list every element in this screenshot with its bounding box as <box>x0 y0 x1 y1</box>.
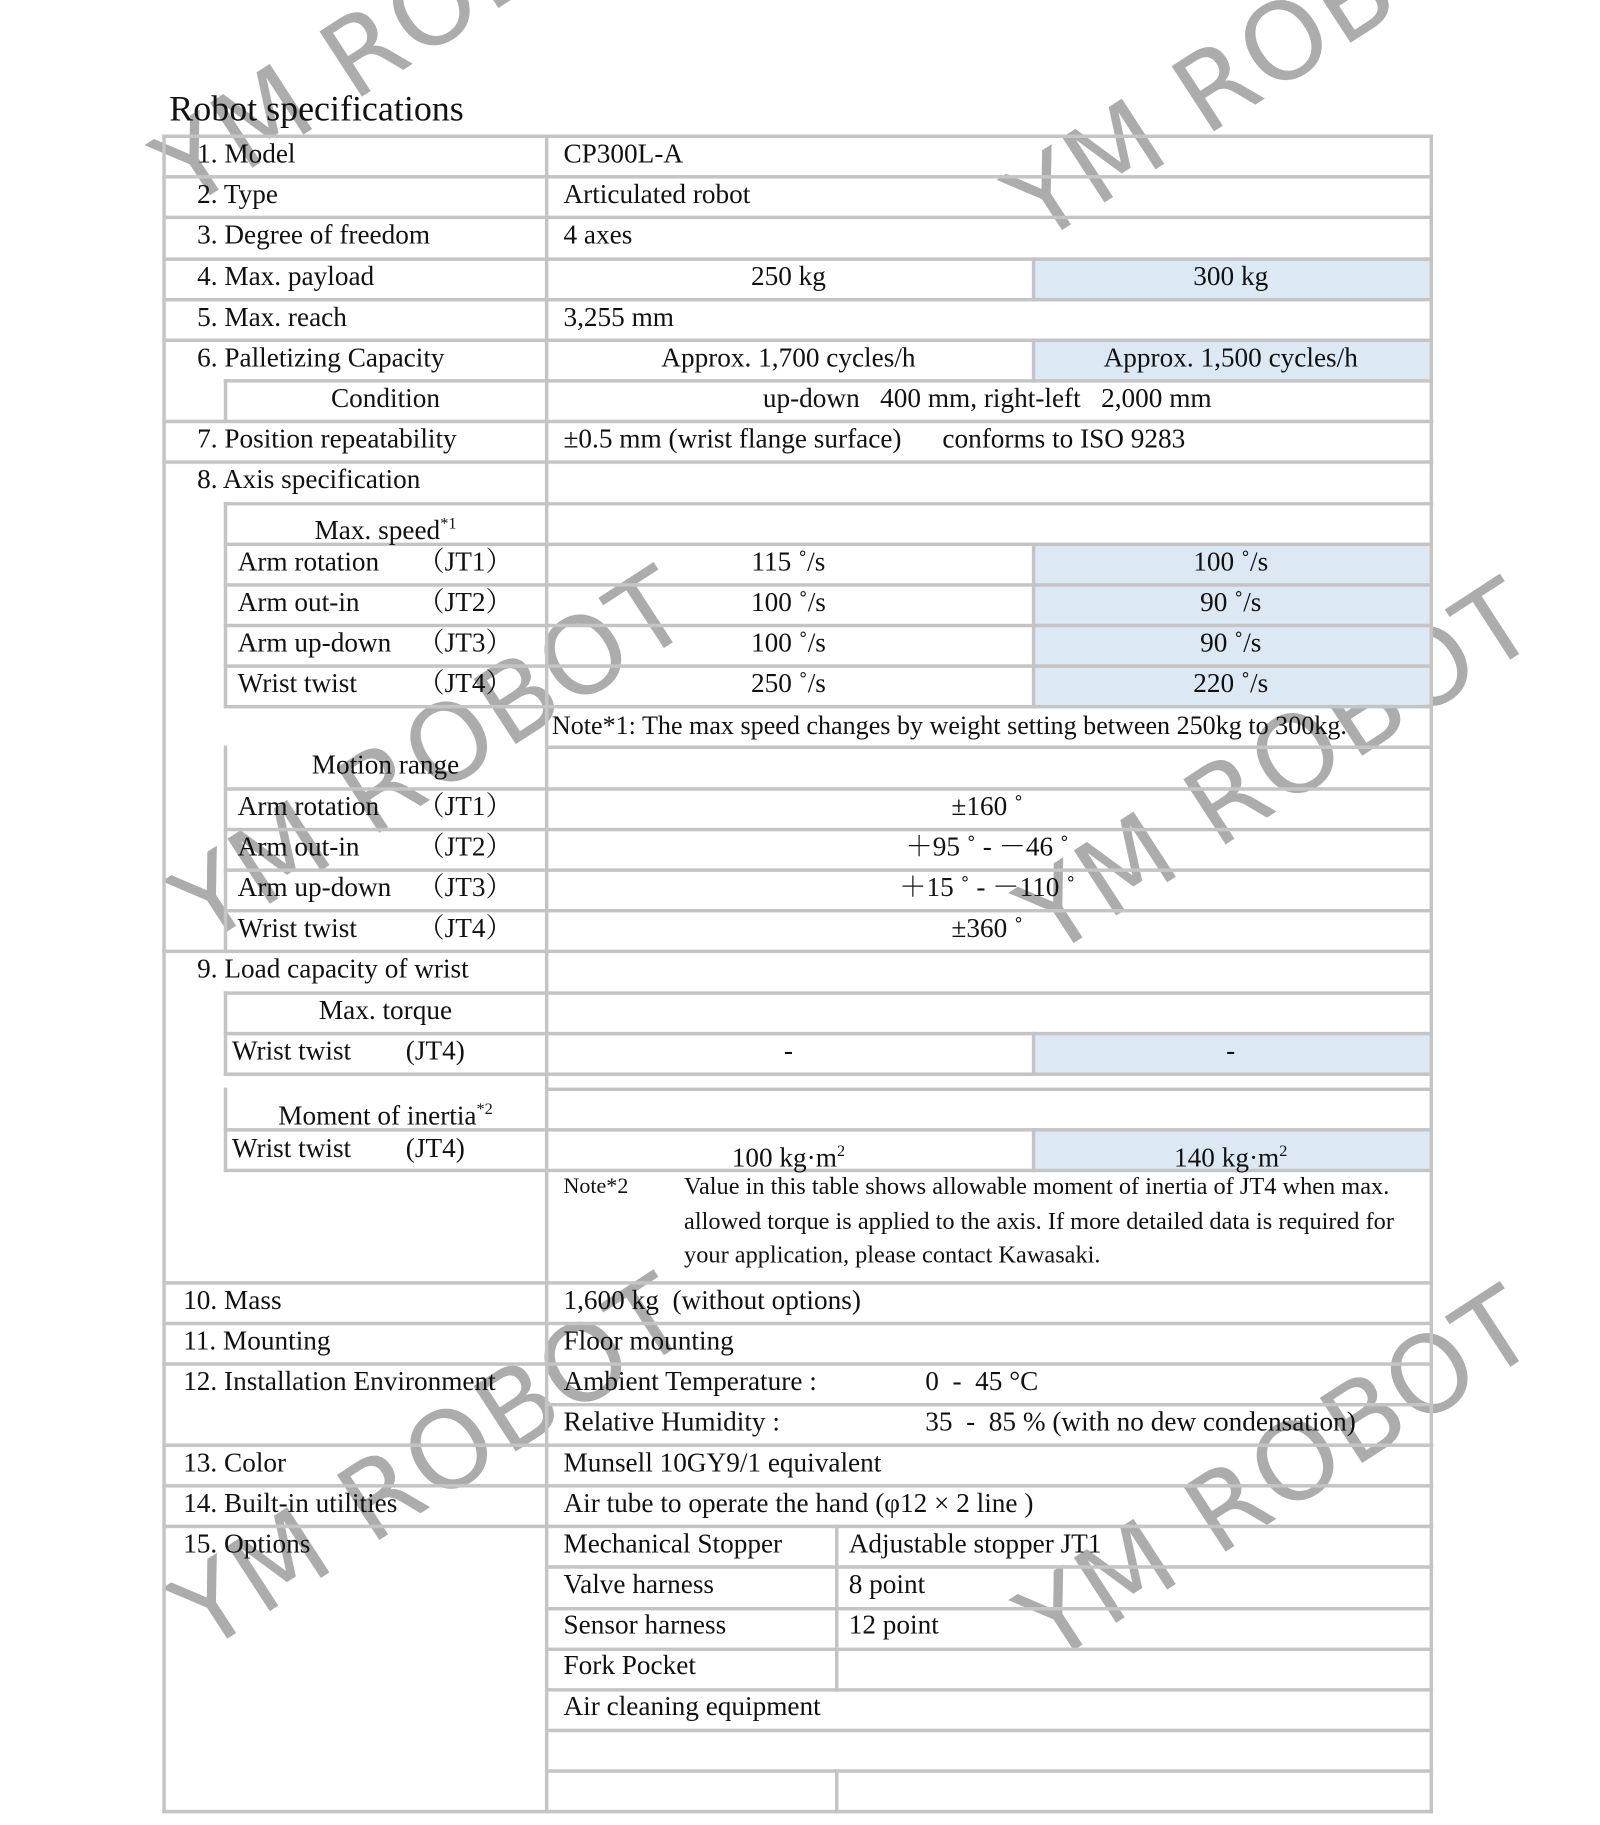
mass-value: 1,600 kg (without options) <box>563 1281 860 1322</box>
joint-id: （JT3） <box>417 624 512 665</box>
row-label: 7. Position repeatability <box>197 420 457 461</box>
temp-label: Ambient Temperature : <box>563 1362 816 1403</box>
condition-value: up-down 400 mm, right-left 2,000 mm <box>545 379 1430 420</box>
inertia-joint-name: Wrist twist <box>232 1129 351 1170</box>
grid-line <box>545 746 1433 749</box>
mounting-value: Floor mounting <box>563 1322 733 1363</box>
motion-range-label: Motion range <box>226 746 545 787</box>
joint-id: （JT4） <box>417 665 512 706</box>
row-label: 11. Mounting <box>183 1322 330 1363</box>
row-label: 1. Model <box>197 134 295 175</box>
row-label: 14. Built-in utilities <box>183 1484 397 1525</box>
grid-line <box>835 1525 838 1692</box>
option-name: Fork Pocket <box>563 1647 695 1688</box>
speed-value-b: 220 ˚/s <box>1032 665 1430 706</box>
option-value: Adjustable stopper JT1 <box>849 1525 1102 1566</box>
torque-joint-id: (JT4) <box>406 1032 465 1073</box>
repeatability-value: ±0.5 mm (wrist flange surface) conforms … <box>563 420 1185 461</box>
speed-value-b: 90 ˚/s <box>1032 624 1430 665</box>
row-label: 5. Max. reach <box>197 298 347 339</box>
grid-line <box>545 1088 1433 1091</box>
grid-line <box>224 1072 1433 1075</box>
grid-line <box>545 1729 1433 1732</box>
speed-value-b: 100 ˚/s <box>1032 543 1430 584</box>
joint-name: Wrist twist <box>238 909 357 950</box>
joint-name: Arm rotation <box>238 787 380 828</box>
row-label: 15. Options <box>183 1525 310 1566</box>
spec-sheet-page: YM ROBOT YM ROBOT YM ROBOT YM ROBOT YM R… <box>0 0 1600 1825</box>
option-name: Sensor harness <box>563 1606 726 1647</box>
note2-tag: Note*2 <box>563 1166 628 1207</box>
joint-id: （JT2） <box>417 828 512 869</box>
inertia-joint-id: (JT4) <box>406 1129 465 1170</box>
motion-range-value: ±360 ˚ <box>545 909 1430 950</box>
joint-name: Arm up-down <box>238 869 392 910</box>
row-label: 13. Color <box>183 1443 286 1484</box>
speed-value-a: 100 ˚/s <box>545 583 1032 624</box>
row-label: 12. Installation Environment <box>183 1362 496 1403</box>
option-value: 8 point <box>849 1565 925 1606</box>
motion-range-value: ＋95 ˚ - －46 ˚ <box>545 828 1430 869</box>
type-value: Articulated robot <box>563 175 750 216</box>
temp-value: 0 - 45 °C <box>925 1362 1038 1403</box>
joint-id: （JT2） <box>417 583 512 624</box>
dof-value: 4 axes <box>563 216 632 257</box>
motion-range-value: ＋15 ˚ - －110 ˚ <box>545 869 1430 910</box>
joint-id: （JT1） <box>417 787 512 828</box>
color-value: Munsell 10GY9/1 equivalent <box>563 1443 881 1484</box>
torque-value-a: - <box>545 1032 1032 1073</box>
joint-id: （JT3） <box>417 869 512 910</box>
grid-line <box>162 175 1433 178</box>
option-name: Mechanical Stopper <box>563 1525 782 1566</box>
joint-name: Arm up-down <box>238 624 392 665</box>
model-value: CP300L-A <box>563 134 683 175</box>
row-label: 6. Palletizing Capacity <box>197 339 444 380</box>
row-label: 3. Degree of freedom <box>197 216 430 257</box>
joint-name: Arm rotation <box>238 543 380 584</box>
grid-line <box>162 1525 1433 1528</box>
joint-id: （JT4） <box>417 909 512 950</box>
grid-line <box>835 1769 838 1813</box>
grid-line <box>162 134 165 1813</box>
joint-name: Arm out-in <box>238 828 360 869</box>
payload-value-b: 300 kg <box>1032 257 1430 298</box>
grid-line <box>162 298 1433 301</box>
humidity-value: 35 - 85 % (with no dew condensation) <box>925 1403 1356 1444</box>
speed-value-b: 90 ˚/s <box>1032 583 1430 624</box>
max-torque-label: Max. torque <box>226 991 545 1032</box>
speed-value-a: 250 ˚/s <box>545 665 1032 706</box>
grid-line <box>162 1810 1433 1813</box>
row-label: 9. Load capacity of wrist <box>197 950 469 991</box>
row-label: 10. Mass <box>183 1281 281 1322</box>
option-name: Valve harness <box>563 1565 714 1606</box>
torque-joint-name: Wrist twist <box>232 1032 351 1073</box>
palletizing-value-b: Approx. 1,500 cycles/h <box>1032 339 1430 380</box>
joint-id: （JT1） <box>417 543 512 584</box>
note2-text: Value in this table shows allowable mome… <box>684 1170 1420 1273</box>
row-label: 8. Axis specification <box>197 460 420 501</box>
joint-name: Wrist twist <box>238 665 357 706</box>
grid-line <box>545 1769 1433 1772</box>
row-label: 4. Max. payload <box>197 257 374 298</box>
joint-name: Arm out-in <box>238 583 360 624</box>
torque-value-b: - <box>1032 1032 1430 1073</box>
row-label: 2. Type <box>197 175 278 216</box>
palletizing-value-a: Approx. 1,700 cycles/h <box>545 339 1032 380</box>
watermark: YM ROBOT <box>986 0 1547 266</box>
grid-line <box>162 1322 1433 1325</box>
reach-value: 3,255 mm <box>563 298 674 339</box>
grid-line <box>1430 134 1433 1813</box>
option-name: Air cleaning equipment <box>563 1687 820 1728</box>
speed-value-a: 115 ˚/s <box>545 543 1032 584</box>
utilities-value: Air tube to operate the hand (φ12 × 2 li… <box>563 1484 1033 1525</box>
speed-value-a: 100 ˚/s <box>545 624 1032 665</box>
grid-line <box>162 134 1433 137</box>
condition-label: Condition <box>226 379 545 420</box>
humidity-label: Relative Humidity : <box>563 1403 779 1444</box>
speed-note: Note*1: The max speed changes by weight … <box>552 705 1347 746</box>
page-title: Robot specifications <box>169 86 463 132</box>
watermark: YM ROBOT <box>997 1262 1558 1686</box>
payload-value-a: 250 kg <box>545 257 1032 298</box>
motion-range-value: ±160 ˚ <box>545 787 1430 828</box>
option-value: 12 point <box>849 1606 939 1647</box>
